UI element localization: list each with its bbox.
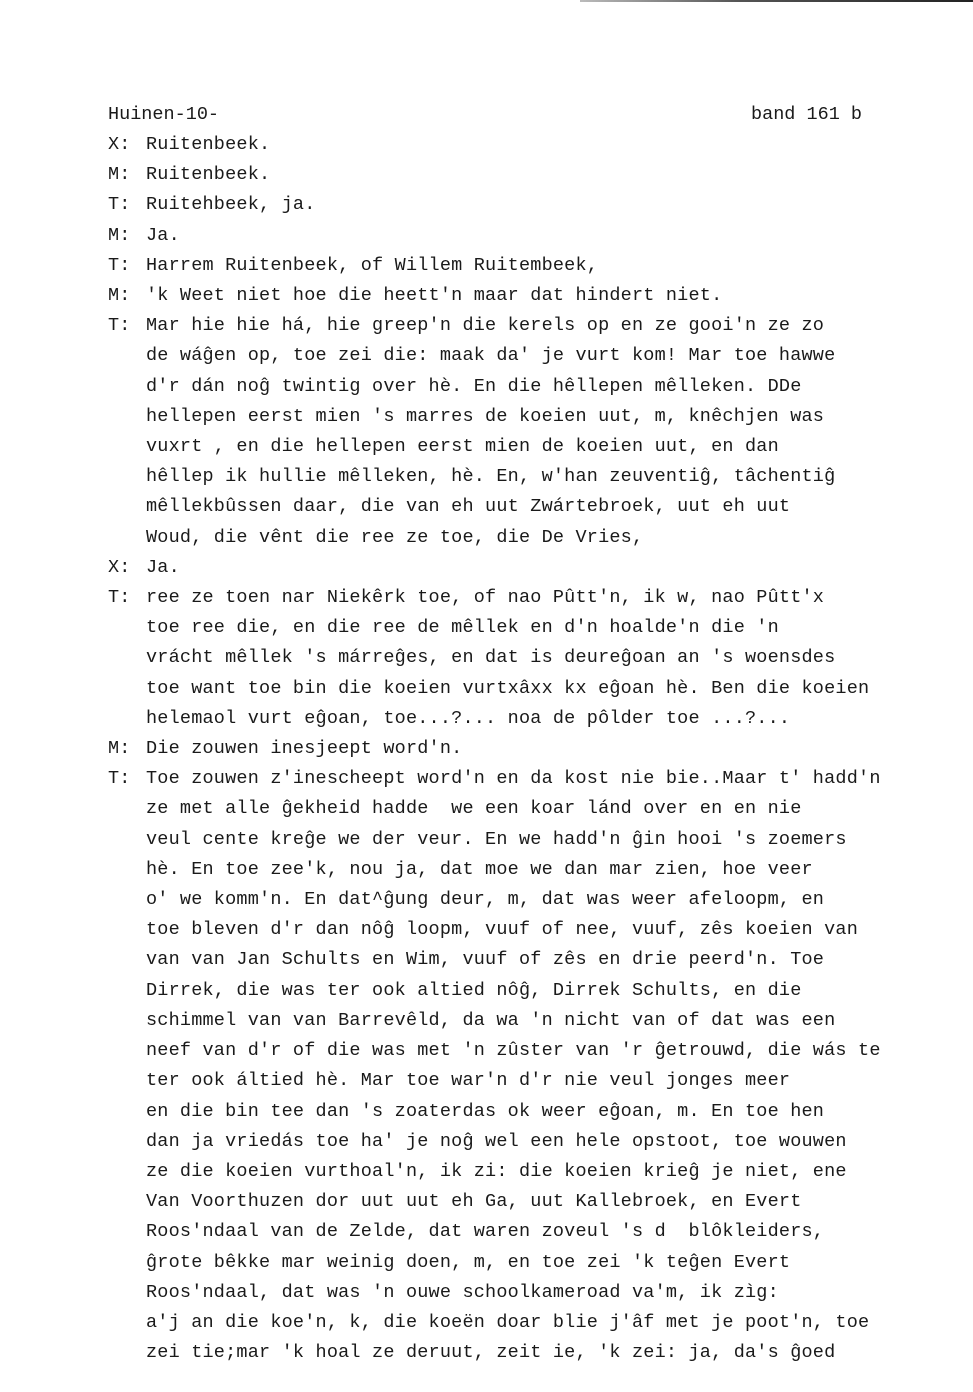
utterance-line: Die zouwen inesjeept word'n. [146, 734, 958, 764]
utterance-line: Mar hie hie há, hie greep'n die kerels o… [146, 311, 958, 341]
transcript-body: X:Ruitenbeek.M:Ruitenbeek.T:Ruitehbeek, … [108, 130, 958, 1368]
utterance-line: en die bin tee dan 's zoaterdas ok weer … [146, 1097, 958, 1127]
utterance: Ruitehbeek, ja. [146, 190, 958, 220]
scan-edge-line [580, 0, 973, 2]
utterance-line: de wáĝen op, toe zei die: maak da' je vu… [146, 341, 958, 371]
utterance-line: Toe zouwen z'inescheept word'n en da kos… [146, 764, 958, 794]
speaker-label: T: [108, 251, 146, 281]
utterance: 'k Weet niet hoe die heett'n maar dat hi… [146, 281, 958, 311]
page-header: Huinen-10- band 161 b [108, 100, 958, 130]
utterance: Ruitenbeek. [146, 130, 958, 160]
utterance-line: ree ze toen nar Niekêrk toe, of nao Pûtt… [146, 583, 958, 613]
utterance: Ja. [146, 553, 958, 583]
utterance-line: helemaol vurt eĝoan, toe...?... noa de p… [146, 704, 958, 734]
dialogue-turn: M:Ruitenbeek. [108, 160, 958, 190]
utterance-line: dan ja vriedás toe ha' je noĝ wel een he… [146, 1127, 958, 1157]
utterance-line: Roos'ndaal, dat was 'n ouwe schoolkamero… [146, 1278, 958, 1308]
utterance-line: Ja. [146, 221, 958, 251]
utterance-line: o' we komm'n. En dat^ĝung deur, m, dat w… [146, 885, 958, 915]
utterance-line: Dirrek, die was ter ook altied nôĝ, Dirr… [146, 976, 958, 1006]
utterance-line: hellepen eerst mien 's marres de koeien … [146, 402, 958, 432]
utterance-line: ze die koeien vurthoal'n, ik zi: die koe… [146, 1157, 958, 1187]
utterance-line: vuxrt , en die hellepen eerst mien de ko… [146, 432, 958, 462]
utterance-line: Van Voorthuzen dor uut uut eh Ga, uut Ka… [146, 1187, 958, 1217]
speaker-label: T: [108, 583, 146, 734]
utterance-line: schimmel van van Barrevêld, da wa 'n nic… [146, 1006, 958, 1036]
utterance: Ja. [146, 221, 958, 251]
utterance-line: toe ree die, en die ree de mêllek en d'n… [146, 613, 958, 643]
dialogue-turn: M:'k Weet niet hoe die heett'n maar dat … [108, 281, 958, 311]
utterance: Die zouwen inesjeept word'n. [146, 734, 958, 764]
dialogue-turn: T:Ruitehbeek, ja. [108, 190, 958, 220]
utterance-line: van van Jan Schults en Wim, vuuf of zês … [146, 945, 958, 975]
dialogue-turn: X:Ja. [108, 553, 958, 583]
utterance-line: Ruitenbeek. [146, 160, 958, 190]
utterance-line: Ruitehbeek, ja. [146, 190, 958, 220]
utterance-line: d'r dán noĝ twintig over hè. En die hêll… [146, 372, 958, 402]
utterance-line: hêllep ik hullie mêlleken, hè. En, w'han… [146, 462, 958, 492]
dialogue-turn: X:Ruitenbeek. [108, 130, 958, 160]
dialogue-turn: T:ree ze toen nar Niekêrk toe, of nao Pû… [108, 583, 958, 734]
utterance-line: ze met alle ĝekheid hadde we een koar lá… [146, 794, 958, 824]
speaker-label: M: [108, 281, 146, 311]
dialogue-turn: M:Ja. [108, 221, 958, 251]
dialogue-turn: M:Die zouwen inesjeept word'n. [108, 734, 958, 764]
document-id: Huinen-10- [108, 100, 219, 130]
utterance-line: a'j an die koe'n, k, die koeën doar blie… [146, 1308, 958, 1338]
utterance: ree ze toen nar Niekêrk toe, of nao Pûtt… [146, 583, 958, 734]
speaker-label: T: [108, 190, 146, 220]
utterance: Mar hie hie há, hie greep'n die kerels o… [146, 311, 958, 553]
utterance-line: ter ook áltied hè. Mar toe war'n d'r nie… [146, 1066, 958, 1096]
dialogue-turn: T:Mar hie hie há, hie greep'n die kerels… [108, 311, 958, 553]
utterance: Toe zouwen z'inescheept word'n en da kos… [146, 764, 958, 1368]
tape-reference: band 161 b [751, 100, 862, 130]
utterance-line: toe want toe bin die koeien vurtxâxx kx … [146, 674, 958, 704]
speaker-label: M: [108, 160, 146, 190]
speaker-label: M: [108, 221, 146, 251]
speaker-label: X: [108, 553, 146, 583]
utterance: Harrem Ruitenbeek, of Willem Ruitembeek, [146, 251, 958, 281]
speaker-label: X: [108, 130, 146, 160]
utterance-line: mêllekbûssen daar, die van eh uut Zwárte… [146, 492, 958, 522]
utterance-line: Harrem Ruitenbeek, of Willem Ruitembeek, [146, 251, 958, 281]
utterance: Ruitenbeek. [146, 160, 958, 190]
utterance-line: Ruitenbeek. [146, 130, 958, 160]
dialogue-turn: T:Harrem Ruitenbeek, of Willem Ruitembee… [108, 251, 958, 281]
transcript-page: Huinen-10- band 161 b X:Ruitenbeek.M:Rui… [108, 100, 958, 1368]
utterance-line: hè. En toe zee'k, nou ja, dat moe we dan… [146, 855, 958, 885]
utterance-line: Ja. [146, 553, 958, 583]
utterance-line: ĝrote bêkke mar weinig doen, m, en toe z… [146, 1248, 958, 1278]
utterance-line: neef van d'r of die was met 'n zûster va… [146, 1036, 958, 1066]
utterance-line: toe bleven d'r dan nôĝ loopm, vuuf of ne… [146, 915, 958, 945]
utterance-line: veul cente kreĝe we der veur. En we hadd… [146, 825, 958, 855]
utterance-line: vrácht mêllek 's márreĝes, en dat is deu… [146, 643, 958, 673]
utterance-line: 'k Weet niet hoe die heett'n maar dat hi… [146, 281, 958, 311]
utterance-line: Woud, die vênt die ree ze toe, die De Vr… [146, 523, 958, 553]
speaker-label: M: [108, 734, 146, 764]
utterance-line: Roos'ndaal van de Zelde, dat waren zoveu… [146, 1217, 958, 1247]
speaker-label: T: [108, 311, 146, 553]
utterance-line: zei tie;mar 'k hoal ze deruut, zeit ie, … [146, 1338, 958, 1368]
speaker-label: T: [108, 764, 146, 1368]
dialogue-turn: T:Toe zouwen z'inescheept word'n en da k… [108, 764, 958, 1368]
